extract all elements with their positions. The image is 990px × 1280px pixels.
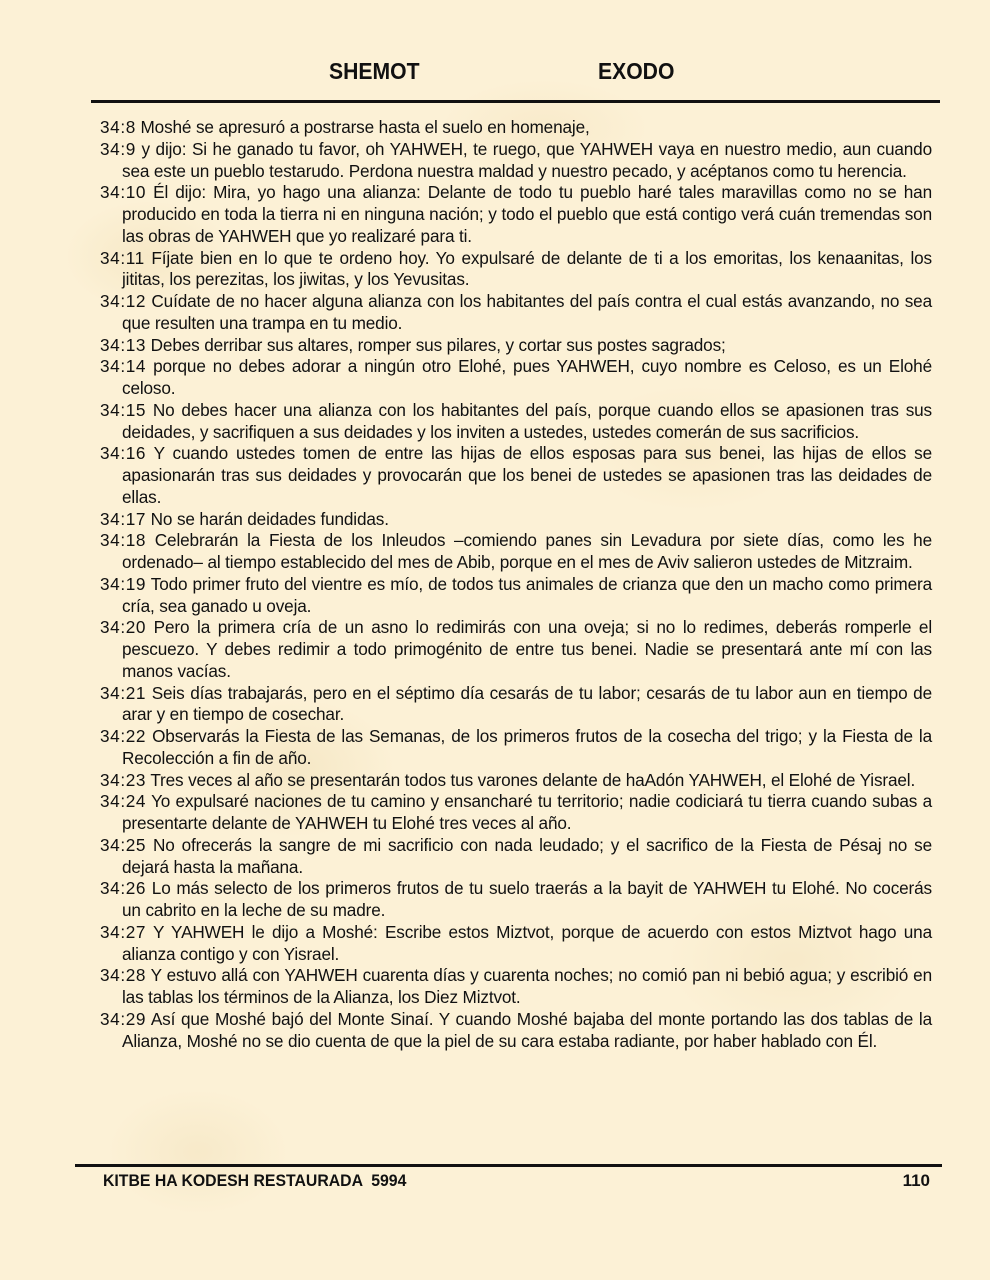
verse-text: Y cuando ustedes tomen de entre las hija… bbox=[122, 443, 932, 507]
verse-text: Y YAHWEH le dijo a Moshé: Escribe estos … bbox=[122, 922, 932, 964]
verse-text: Todo primer fruto del vientre es mío, de… bbox=[122, 574, 932, 616]
verse-text: Yo expulsaré naciones de tu camino y ens… bbox=[122, 791, 932, 833]
verse-ref: 34:13 bbox=[100, 335, 146, 355]
verse: 34:13 Debes derribar sus altares, romper… bbox=[100, 335, 932, 357]
verse-text: Moshé se apresuró a postrarse hasta el s… bbox=[141, 117, 590, 137]
verse-ref: 34:19 bbox=[100, 574, 146, 594]
verse: 34:19 Todo primer fruto del vientre es m… bbox=[100, 574, 932, 618]
verse: 34:12 Cuídate de no hacer alguna alianza… bbox=[100, 291, 932, 335]
verse-text: Celebrarán la Fiesta de los Inleudos –co… bbox=[122, 530, 932, 572]
page-number: 110 bbox=[903, 1171, 930, 1191]
verse: 34:22 Observarás la Fiesta de las Semana… bbox=[100, 726, 932, 770]
book-name-hebrew: SHEMOT bbox=[329, 58, 420, 85]
verse-ref: 34:11 bbox=[100, 248, 145, 268]
verse-ref: 34:18 bbox=[100, 530, 146, 550]
verse: 34:24 Yo expulsaré naciones de tu camino… bbox=[100, 791, 932, 835]
verse: 34:27 Y YAHWEH le dijo a Moshé: Escribe … bbox=[100, 922, 932, 966]
verse: 34:28 Y estuvo allá con YAHWEH cuarenta … bbox=[100, 965, 932, 1009]
verse: 34:17 No se harán deidades fundidas. bbox=[100, 509, 932, 531]
verse-ref: 34:28 bbox=[100, 965, 146, 985]
verse-list: 34:8 Moshé se apresuró a postrarse hasta… bbox=[100, 117, 932, 1052]
verse-text: Observarás la Fiesta de las Semanas, de … bbox=[122, 726, 932, 768]
verse-ref: 34:17 bbox=[100, 509, 146, 529]
verse-text: Tres veces al año se presentarán todos t… bbox=[150, 770, 915, 790]
verse-ref: 34:16 bbox=[100, 443, 146, 463]
verse-text: Lo más selecto de los primeros frutos de… bbox=[122, 878, 932, 920]
verse-ref: 34:27 bbox=[100, 922, 146, 942]
verse-ref: 34:12 bbox=[100, 291, 146, 311]
verse-text: Fíjate bien en lo que te ordeno hoy. Yo … bbox=[122, 248, 932, 290]
verse: 34:15 No debes hacer una alianza con los… bbox=[100, 400, 932, 444]
verse-text: Y estuvo allá con YAHWEH cuarenta días y… bbox=[122, 965, 932, 1007]
verse-ref: 34:25 bbox=[100, 835, 146, 855]
header-divider bbox=[91, 100, 940, 103]
verse: 34:16 Y cuando ustedes tomen de entre la… bbox=[100, 443, 932, 508]
verse-ref: 34:15 bbox=[100, 400, 146, 420]
verse-ref: 34:9 bbox=[100, 139, 136, 159]
verse: 34:9 y dijo: Si he ganado tu favor, oh Y… bbox=[100, 139, 932, 183]
verse-ref: 34:23 bbox=[100, 770, 146, 790]
verse: 34:25 No ofrecerás la sangre de mi sacri… bbox=[100, 835, 932, 879]
verse-text: y dijo: Si he ganado tu favor, oh YAHWEH… bbox=[122, 139, 932, 181]
verse: 34:21 Seis días trabajarás, pero en el s… bbox=[100, 683, 932, 727]
verse-text: Pero la primera cría de un asno lo redim… bbox=[122, 617, 932, 681]
verse-text: porque no debes adorar a ningún otro Elo… bbox=[122, 356, 932, 398]
verse: 34:10 Él dijo: Mira, yo hago una alianza… bbox=[100, 182, 932, 247]
verse-text: Seis días trabajarás, pero en el séptimo… bbox=[122, 683, 932, 725]
verse: 34:26 Lo más selecto de los primeros fru… bbox=[100, 878, 932, 922]
verse: 34:23 Tres veces al año se presentarán t… bbox=[100, 770, 932, 792]
footer-divider bbox=[75, 1164, 942, 1167]
verse: 34:11 Fíjate bien en lo que te ordeno ho… bbox=[100, 248, 932, 292]
verse-ref: 34:22 bbox=[100, 726, 146, 746]
verse-text: Cuídate de no hacer alguna alianza con l… bbox=[122, 291, 932, 333]
verse-text: Él dijo: Mira, yo hago una alianza: Dela… bbox=[122, 182, 932, 246]
page-header: SHEMOT EXODO bbox=[0, 58, 990, 92]
verse: 34:20 Pero la primera cría de un asno lo… bbox=[100, 617, 932, 682]
verse-text: No se harán deidades fundidas. bbox=[151, 509, 389, 529]
verse: 34:14 porque no debes adorar a ningún ot… bbox=[100, 356, 932, 400]
verse-ref: 34:20 bbox=[100, 617, 146, 637]
verse-ref: 34:24 bbox=[100, 791, 146, 811]
book-name-spanish: EXODO bbox=[598, 58, 674, 85]
verse-ref: 34:8 bbox=[100, 117, 136, 137]
verse: 34:29 Así que Moshé bajó del Monte Sinaí… bbox=[100, 1009, 932, 1053]
verse: 34:18 Celebrarán la Fiesta de los Inleud… bbox=[100, 530, 932, 574]
verse-ref: 34:29 bbox=[100, 1009, 146, 1029]
verse-text: No ofrecerás la sangre de mi sacrificio … bbox=[122, 835, 932, 877]
footer-book-title: KITBE HA KODESH RESTAURADA 5994 bbox=[103, 1171, 406, 1191]
verse-ref: 34:21 bbox=[100, 683, 146, 703]
verse: 34:8 Moshé se apresuró a postrarse hasta… bbox=[100, 117, 932, 139]
verse-ref: 34:26 bbox=[100, 878, 146, 898]
verse-ref: 34:10 bbox=[100, 182, 146, 202]
verse-text: Así que Moshé bajó del Monte Sinaí. Y cu… bbox=[122, 1009, 932, 1051]
verse-text: No debes hacer una alianza con los habit… bbox=[122, 400, 932, 442]
verse-text: Debes derribar sus altares, romper sus p… bbox=[151, 335, 726, 355]
verse-ref: 34:14 bbox=[100, 356, 146, 376]
